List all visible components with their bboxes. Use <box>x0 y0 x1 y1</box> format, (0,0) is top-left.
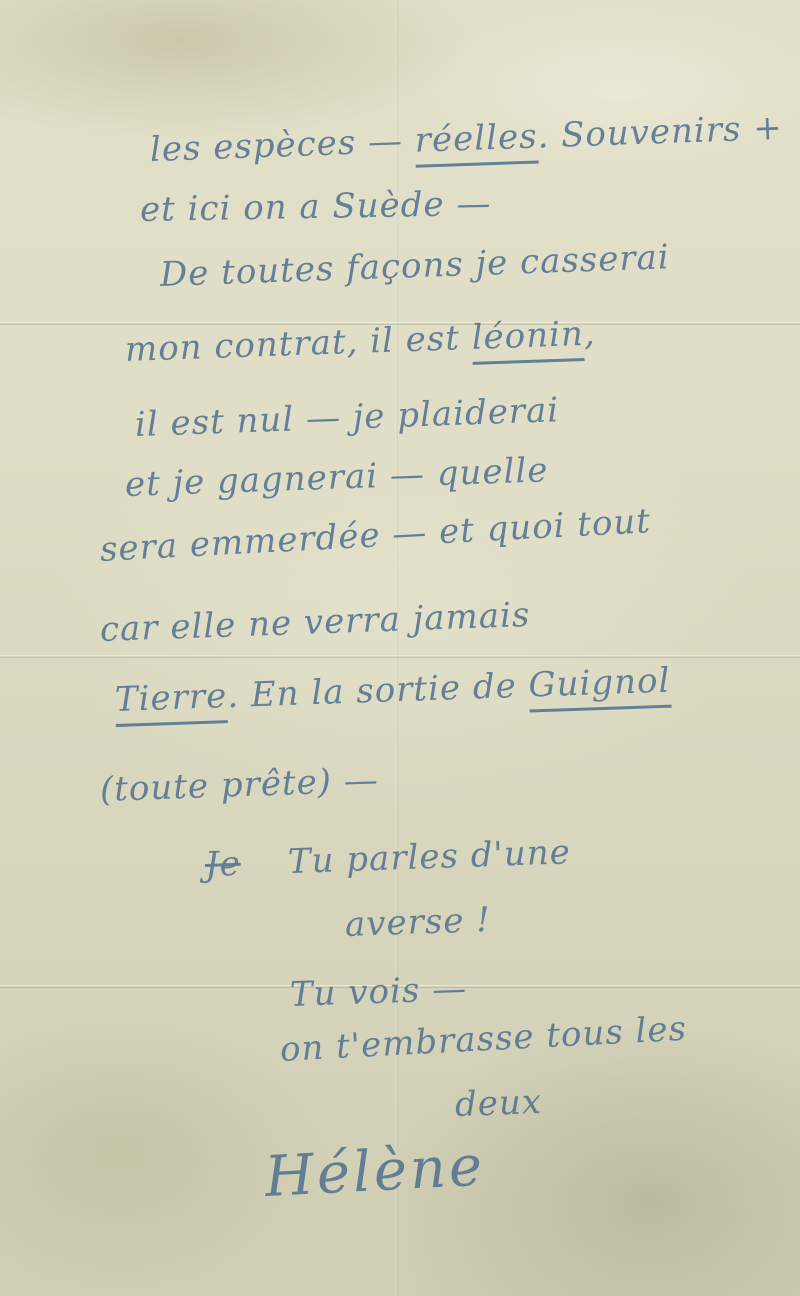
fold-crease <box>0 655 800 658</box>
underlined-word: Tierre <box>114 676 228 727</box>
letter-line-7: sera emmerdée — et quoi tout <box>99 501 652 570</box>
letter-line-9: Tierre. En la sortie de Guignol <box>114 661 671 720</box>
line-text: . Souvenirs + <box>537 108 784 157</box>
letter-line-6: et je gagnerai — quelle <box>124 450 549 505</box>
letter-line-10: (toute prête) — <box>99 760 379 810</box>
letter-line-1: les espèces — réelles. Souvenirs + <box>149 108 783 170</box>
letter-line-3: De toutes façons je casserai <box>159 237 670 295</box>
line-text: , <box>583 314 596 354</box>
underlined-word: léonin <box>471 314 585 365</box>
letter-line-11: Je Tu parles d'une <box>204 832 571 885</box>
letter-line-12: averse ! <box>344 900 491 945</box>
line-text: mon contrat, il est <box>124 318 472 370</box>
letter-page: les espèces — réelles. Souvenirs + et ic… <box>0 0 800 1296</box>
letter-line-8: car elle ne verra jamais <box>99 595 531 650</box>
struck-word: Je <box>204 844 241 885</box>
line-text: Tu parles d'une <box>287 832 571 882</box>
line-text: les espèces — <box>149 121 415 170</box>
underlined-word: Guignol <box>528 661 671 713</box>
signature: Hélène <box>263 1134 486 1210</box>
underlined-word: réelles <box>414 116 538 167</box>
letter-line-15: deux <box>454 1082 542 1125</box>
letter-line-2: et ici on a Suède — <box>140 184 492 230</box>
letter-line-14: on t'embrasse tous les <box>279 1009 688 1070</box>
letter-line-13: Tu vois — <box>289 969 467 1015</box>
line-text: . En la sortie de <box>227 666 530 716</box>
letter-line-5: il est nul — je plaiderai <box>134 390 560 445</box>
